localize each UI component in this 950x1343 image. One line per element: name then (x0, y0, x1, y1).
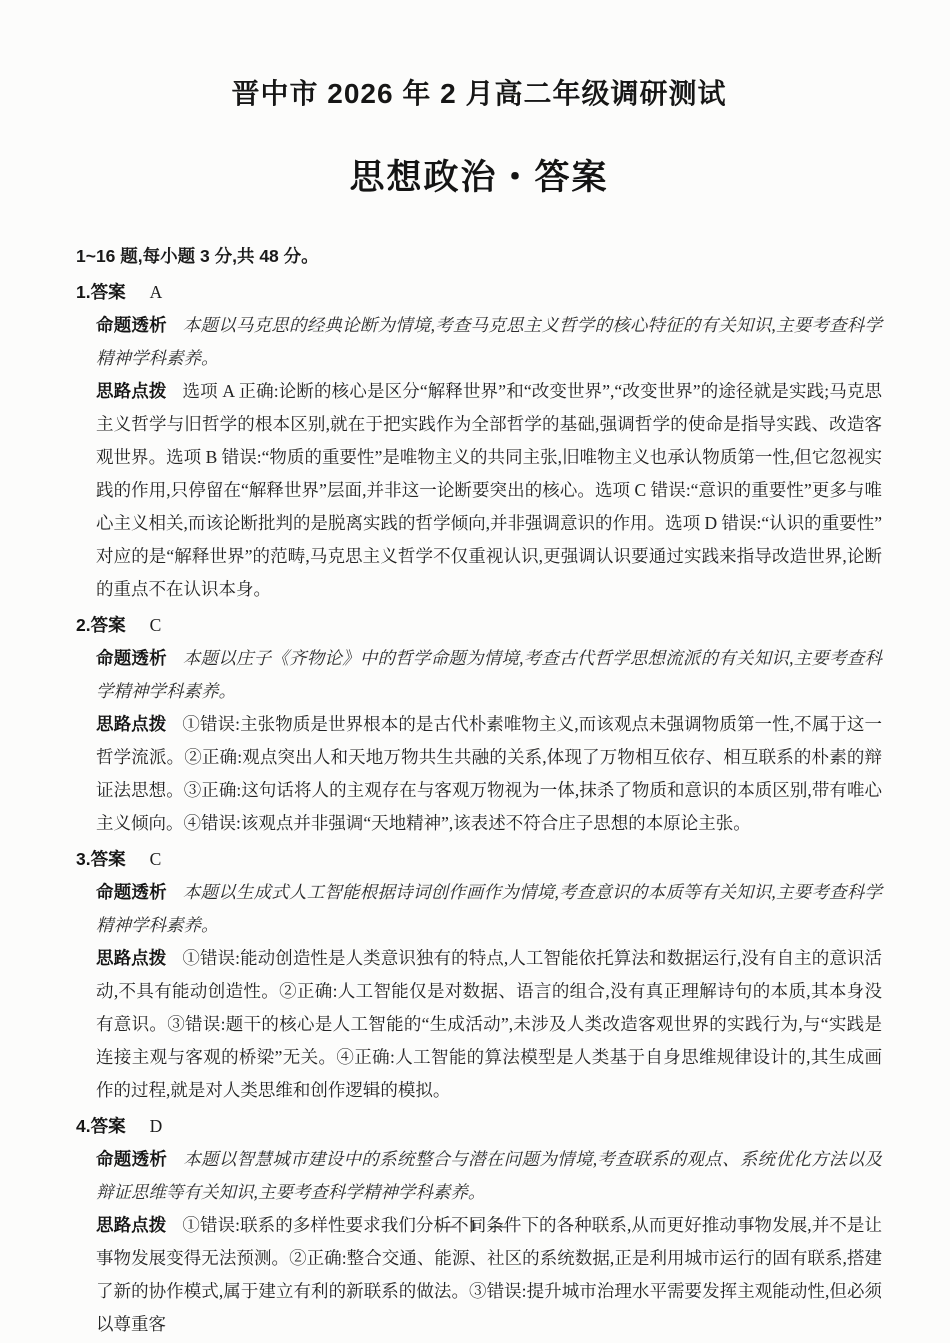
page-title: 晋中市 2026 年 2 月高二年级调研测试 (76, 72, 882, 112)
analysis-label: 命题透析 (96, 648, 167, 668)
answer-letter: C (150, 615, 162, 635)
tips-label: 思路点拨 (96, 381, 167, 401)
answer-line: 1.答案A (76, 276, 882, 309)
answer-letter: A (150, 282, 163, 302)
question-number: 1. (76, 282, 91, 302)
answer-label: 答案 (91, 849, 126, 869)
answer-label: 答案 (91, 615, 126, 635)
tips-paragraph: 思路点拨选项 A 正确:论断的核心是区分“解释世界”和“改变世界”,“改变世界”… (96, 375, 882, 606)
analysis-label: 命题透析 (96, 315, 167, 335)
exam-answer-page: 晋中市 2026 年 2 月高二年级调研测试 思想政治・答案 1~16 题,每小… (0, 0, 950, 1343)
tips-paragraph: 思路点拨①错误:能动创造性是人类意识独有的特点,人工智能依托算法和数据运行,没有… (96, 942, 882, 1107)
question-number: 2. (76, 615, 91, 635)
question-block-3: 3.答案C 命题透析本题以生成式人工智能根据诗词创作画作为情境,考查意识的本质等… (76, 843, 882, 1107)
tips-label: 思路点拨 (96, 948, 166, 968)
tips-text: ①错误:主张物质是世界根本的是古代朴素唯物主义,而该观点未强调物质第一性,不属于… (96, 714, 882, 833)
question-number: 3. (76, 849, 91, 869)
analysis-text: 本题以庄子《齐物论》中的哲学命题为情境,考查古代哲学思想流派的有关知识,主要考查… (96, 648, 882, 701)
scoring-note: 1~16 题,每小题 3 分,共 48 分。 (76, 240, 882, 273)
question-number: 4. (76, 1116, 91, 1136)
question-block-2: 2.答案C 命题透析本题以庄子《齐物论》中的哲学命题为情境,考查古代哲学思想流派… (76, 609, 882, 840)
answer-line: 4.答案D (76, 1110, 882, 1143)
analysis-label: 命题透析 (96, 882, 167, 902)
tips-text: ①错误:能动创造性是人类意识独有的特点,人工智能依托算法和数据运行,没有自主的意… (96, 948, 882, 1100)
analysis-label: 命题透析 (96, 1149, 167, 1169)
page-subtitle: 思想政治・答案 (76, 150, 882, 200)
tips-paragraph: 思路点拨①错误:主张物质是世界根本的是古代朴素唯物主义,而该观点未强调物质第一性… (96, 708, 882, 840)
answer-letter: C (150, 849, 162, 869)
answer-line: 3.答案C (76, 843, 882, 876)
tips-label: 思路点拨 (96, 714, 166, 734)
page-number: — 1 — (0, 1216, 950, 1236)
page-content: 晋中市 2026 年 2 月高二年级调研测试 思想政治・答案 1~16 题,每小… (0, 0, 950, 1341)
analysis-text: 本题以智慧城市建设中的系统整合与潜在问题为情境,考查联系的观点、系统优化方法以及… (96, 1149, 882, 1202)
answer-label: 答案 (91, 1116, 126, 1136)
question-block-1: 1.答案A 命题透析本题以马克思的经典论断为情境,考查马克思主义哲学的核心特征的… (76, 276, 882, 606)
answer-label: 答案 (91, 282, 126, 302)
analysis-text: 本题以生成式人工智能根据诗词创作画作为情境,考查意识的本质等有关知识,主要考查科… (96, 882, 882, 935)
answer-letter: D (150, 1116, 163, 1136)
analysis-paragraph: 命题透析本题以生成式人工智能根据诗词创作画作为情境,考查意识的本质等有关知识,主… (96, 876, 882, 942)
analysis-text: 本题以马克思的经典论断为情境,考查马克思主义哲学的核心特征的有关知识,主要考查科… (96, 315, 882, 368)
tips-text: 选项 A 正确:论断的核心是区分“解释世界”和“改变世界”,“改变世界”的途径就… (96, 381, 882, 599)
analysis-paragraph: 命题透析本题以智慧城市建设中的系统整合与潜在问题为情境,考查联系的观点、系统优化… (96, 1143, 882, 1209)
analysis-paragraph: 命题透析本题以庄子《齐物论》中的哲学命题为情境,考查古代哲学思想流派的有关知识,… (96, 642, 882, 708)
answer-line: 2.答案C (76, 609, 882, 642)
analysis-paragraph: 命题透析本题以马克思的经典论断为情境,考查马克思主义哲学的核心特征的有关知识,主… (96, 309, 882, 375)
